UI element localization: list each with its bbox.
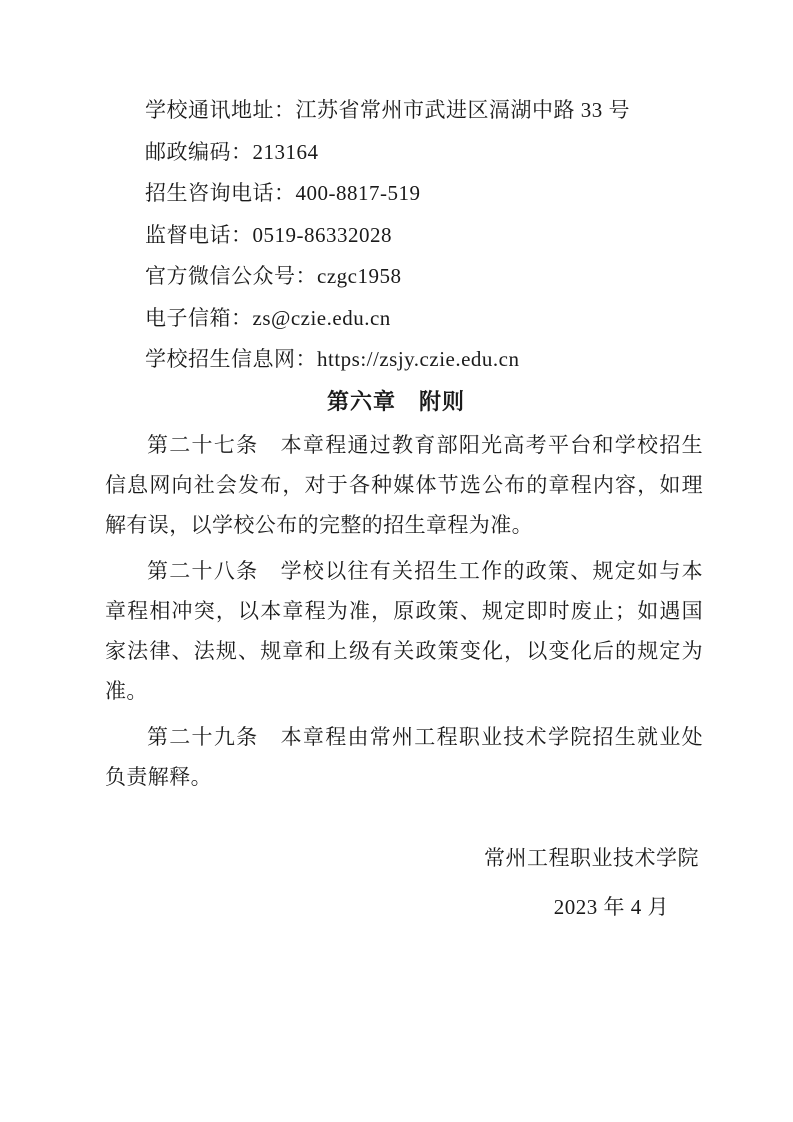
contact-line-website: 学校招生信息网：https://zsjy.czie.edu.cn bbox=[105, 339, 703, 381]
article-29: 第二十九条 本章程由常州工程职业技术学院招生就业处负责解释。 bbox=[105, 717, 703, 797]
contact-line-postcode: 邮政编码：213164 bbox=[105, 132, 703, 174]
contact-line-supervision-phone: 监督电话：0519-86332028 bbox=[105, 215, 703, 257]
article-27: 第二十七条 本章程通过教育部阳光高考平台和学校招生信息网向社会发布，对于各种媒体… bbox=[105, 425, 703, 545]
contact-info-section: 学校通讯地址：江苏省常州市武进区滆湖中路 33 号 邮政编码：213164 招生… bbox=[105, 90, 703, 381]
contact-line-email: 电子信箱：zs@czie.edu.cn bbox=[105, 298, 703, 340]
signature-organization: 常州工程职业技术学院 bbox=[105, 837, 703, 879]
signature-block: 常州工程职业技术学院 2023 年 4 月 bbox=[105, 837, 703, 928]
chapter-heading: 第六章 附则 bbox=[105, 381, 703, 423]
contact-line-wechat: 官方微信公众号：czgc1958 bbox=[105, 256, 703, 298]
article-28: 第二十八条 学校以往有关招生工作的政策、规定如与本章程相冲突，以本章程为准，原政… bbox=[105, 551, 703, 711]
document-page: 学校通讯地址：江苏省常州市武进区滆湖中路 33 号 邮政编码：213164 招生… bbox=[0, 0, 793, 1122]
contact-line-address: 学校通讯地址：江苏省常州市武进区滆湖中路 33 号 bbox=[105, 90, 703, 132]
contact-line-admission-phone: 招生咨询电话：400-8817-519 bbox=[105, 173, 703, 215]
signature-date: 2023 年 4 月 bbox=[105, 886, 703, 928]
articles-section: 第二十七条 本章程通过教育部阳光高考平台和学校招生信息网向社会发布，对于各种媒体… bbox=[105, 425, 703, 797]
